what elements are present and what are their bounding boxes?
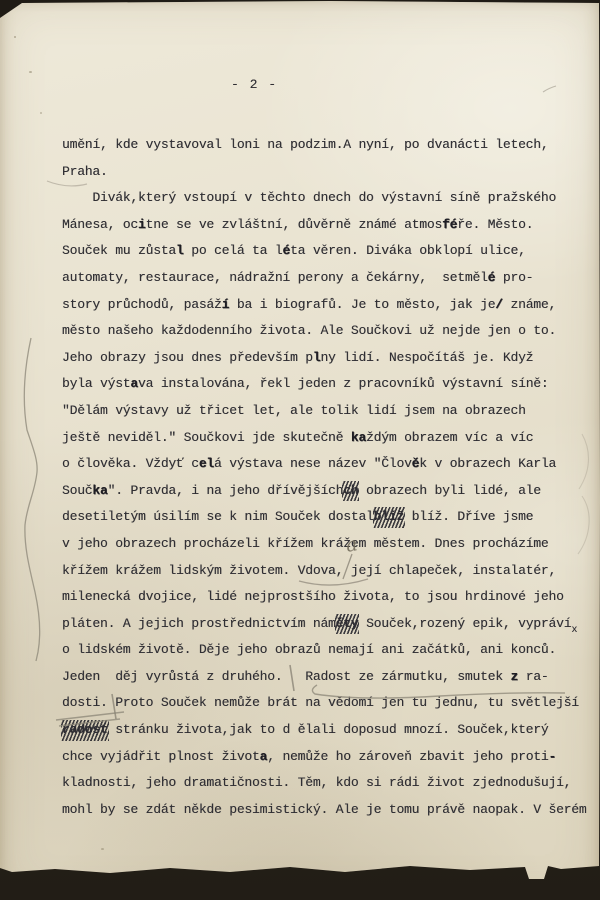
text-segment: pláten. A jejich prostřednictvím nám xyxy=(62,616,336,631)
struck-out-text: ěty xyxy=(336,611,359,638)
typed-line: město našeho každodenního života. Ale So… xyxy=(62,318,600,345)
typed-text: umění, kde vystavoval loni na podzim.A n… xyxy=(62,132,600,823)
text-segment: Praha. xyxy=(62,164,108,179)
text-segment: ra- xyxy=(518,669,548,684)
typed-line: milenecká dvojice, lidé nejprostšího živ… xyxy=(62,584,600,611)
text-segment: ta věren. Diváka obklopí ulice, xyxy=(290,243,526,258)
text-segment: pro- xyxy=(495,270,533,285)
typed-line: mohl by se zdát někde pesimistický. Ale … xyxy=(62,797,600,824)
struck-out-text: ch xyxy=(343,478,358,505)
typed-line: chce vyjádřit plnost života, nemůže ho z… xyxy=(62,744,600,771)
typed-line: Mánesa, ocitne se ve zvláštní, důvěrně z… xyxy=(62,212,600,239)
overstruck-text: i xyxy=(138,217,146,232)
struck-out-text: blíž xyxy=(374,504,404,531)
text-segment: k v obrazech Karla xyxy=(419,456,556,471)
paper-speck xyxy=(520,302,522,304)
typed-line: ještě neviděl." Součkovi jde skutečně ka… xyxy=(62,425,600,452)
typed-line: Souček mu zůstal po celá ta léta věren. … xyxy=(62,238,600,265)
text-segment: Souček,rozený epik, vypráví xyxy=(358,616,571,631)
typed-line: křížem krážem lidským životem. Vdova, je… xyxy=(62,558,600,585)
typed-line: Divák,který vstoupí v těchto dnech do vý… xyxy=(62,185,600,212)
text-segment: o lidském životě. Děje jeho obrazů nemaj… xyxy=(62,642,556,657)
typed-line: v jeho obrazech procházeli křížem krážem… xyxy=(62,531,600,558)
text-segment: mohl by se zdát někde pesimistický. Ale … xyxy=(62,802,587,817)
typed-line: Jeho obrazy jsou dnes především plny lid… xyxy=(62,345,600,372)
text-segment: ba i biografů. Je to město, jak je xyxy=(229,297,495,312)
typed-line: radost stránku života,jak to d ělali dop… xyxy=(62,717,600,744)
overstruck-text: é xyxy=(282,243,290,258)
typed-line: automaty, restaurace, nádražní perony a … xyxy=(62,265,600,292)
paper-speck xyxy=(101,848,104,850)
text-segment: dosti. Proto Souček nemůže brát na vědom… xyxy=(62,695,579,710)
paper-speck xyxy=(14,36,16,38)
overstruck-text: fé xyxy=(442,217,457,232)
overstruck-text: z xyxy=(510,669,518,684)
typed-line: Součka". Pravda, i na jeho dřívějšíchch … xyxy=(62,478,600,505)
text-segment: umění, kde vystavoval loni na podzim.A n… xyxy=(62,137,548,152)
typed-line: o lidském životě. Děje jeho obrazů nemaj… xyxy=(62,637,600,664)
paper-sheet: - 2 - umění, kde vystavoval loni na podz… xyxy=(0,0,600,900)
typed-line: "Dělám výstavy už třicet let, ale tolik … xyxy=(62,398,600,425)
text-segment: v jeho obrazech procházeli křížem krážem… xyxy=(62,536,548,551)
text-segment: , nemůže ho zároveň zbavit jeho proti xyxy=(267,749,548,764)
text-segment: chce vyjádřit plnost život xyxy=(62,749,260,764)
overstruck-text: a xyxy=(130,376,138,391)
text-segment: stránku života,jak to d ělali doposud mn… xyxy=(108,722,549,737)
text-segment: ". Pravda, i na jeho dřívějších xyxy=(108,483,344,498)
text-segment: známe, xyxy=(503,297,556,312)
text-segment: Souč xyxy=(62,483,92,498)
typed-line: Praha. xyxy=(62,159,600,186)
text-segment: město našeho každodenního života. Ale So… xyxy=(62,323,556,338)
text-segment: obrazech byli lidé, ale xyxy=(358,483,540,498)
text-segment: á výstava nese název "Člov xyxy=(214,456,412,471)
overstruck-text: ka xyxy=(351,430,366,445)
typed-line: story průchodů, pasáží ba i biografů. Je… xyxy=(62,292,600,319)
paper-speck xyxy=(29,71,32,73)
text-segment: x xyxy=(571,625,577,636)
text-segment: automaty, restaurace, nádražní perony a … xyxy=(62,270,488,285)
text-segment: kladnosti, jeho dramatičnosti. Těm, kdo … xyxy=(62,775,571,790)
struck-out-text: radost xyxy=(62,717,108,744)
overstruck-text: l xyxy=(176,243,184,258)
overstruck-text: - xyxy=(549,749,557,764)
paper-speck xyxy=(557,701,559,703)
typed-line: pláten. A jejich prostřednictvím náměty … xyxy=(62,611,600,638)
text-segment: ře. Město. xyxy=(457,217,533,232)
paper-speck xyxy=(40,112,42,114)
text-segment: milenecká dvojice, lidé nejprostšího živ… xyxy=(62,589,564,604)
page-number: - 2 - xyxy=(231,77,278,92)
text-segment: ny lidí. Nespočítáš je. Když xyxy=(320,350,533,365)
text-segment: story průchodů, pasáž xyxy=(62,297,222,312)
text-segment: tne se ve zvláštní, důvěrně známé atmos xyxy=(146,217,442,232)
typed-line: dosti. Proto Souček nemůže brát na vědom… xyxy=(62,690,600,717)
text-segment: po celá ta l xyxy=(184,243,283,258)
scanned-page: - 2 - umění, kde vystavoval loni na podz… xyxy=(0,0,600,900)
overstruck-text: el xyxy=(199,456,214,471)
text-segment: Divák,který vstoupí v těchto dnech do vý… xyxy=(62,190,556,205)
text-segment: Jeden děj vyrůstá z druhého. Radost ze z… xyxy=(62,669,510,684)
overstruck-text: / xyxy=(495,297,503,312)
text-segment: byla výst xyxy=(62,376,130,391)
text-segment: Mánesa, oc xyxy=(62,217,138,232)
typed-line: Jeden děj vyrůstá z druhého. Radost ze z… xyxy=(62,664,600,691)
typed-line: byla výstava instalována, řekl jeden z p… xyxy=(62,371,600,398)
text-segment: ještě neviděl." Součkovi jde skutečně xyxy=(62,430,351,445)
typed-line: umění, kde vystavoval loni na podzim.A n… xyxy=(62,132,600,159)
overstruck-text: ka xyxy=(92,483,107,498)
text-segment: blíž. Dříve jsme xyxy=(404,509,533,524)
typed-line: kladnosti, jeho dramatičnosti. Těm, kdo … xyxy=(62,770,600,797)
text-segment: o člověka. Vždyť c xyxy=(62,456,199,471)
text-segment: křížem krážem lidským životem. Vdova, je… xyxy=(62,563,556,578)
text-segment: "Dělám výstavy už třicet let, ale tolik … xyxy=(62,403,526,418)
text-segment: va instalována, řekl jeden z pracovníků … xyxy=(138,376,548,391)
text-segment: Jeho obrazy jsou dnes především p xyxy=(62,350,313,365)
typed-line: desetiletým úsilím se k nim Souček dosta… xyxy=(62,504,600,531)
typed-line: o člověka. Vždyť celá výstava nese název… xyxy=(62,451,600,478)
text-segment: ždým obrazem víc a víc xyxy=(366,430,533,445)
text-segment: Souček mu zůsta xyxy=(62,243,176,258)
text-segment: desetiletým úsilím se k nim Souček dosta… xyxy=(62,509,374,524)
